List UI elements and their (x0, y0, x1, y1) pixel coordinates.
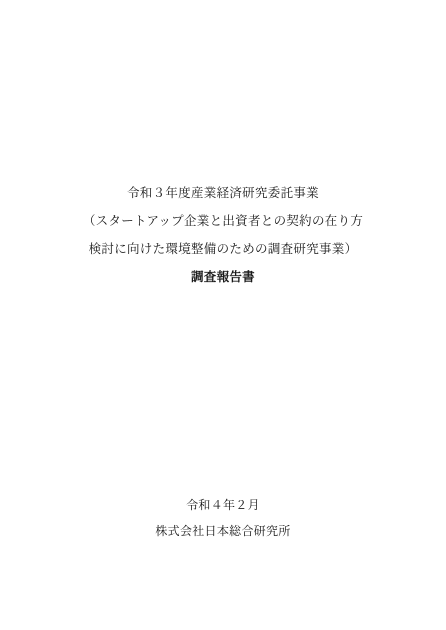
organization-name: 株式会社日本総合研究所 (0, 518, 446, 544)
publication-date: 令和４年２月 (0, 492, 446, 518)
report-title: 調査報告書 (0, 263, 446, 291)
document-cover-page: 令和３年度産業経済研究委託事業 （スタートアップ企業と出資者との契約の在り方 検… (0, 0, 446, 630)
project-title-line-1: 令和３年度産業経済研究委託事業 (0, 179, 446, 207)
footer-block: 令和４年２月 株式会社日本総合研究所 (0, 492, 446, 544)
project-title-line-2: （スタートアップ企業と出資者との契約の在り方 (0, 207, 446, 235)
project-title-line-3: 検討に向けた環境整備のための調査研究事業） (0, 235, 446, 263)
title-block: 令和３年度産業経済研究委託事業 （スタートアップ企業と出資者との契約の在り方 検… (0, 179, 446, 291)
